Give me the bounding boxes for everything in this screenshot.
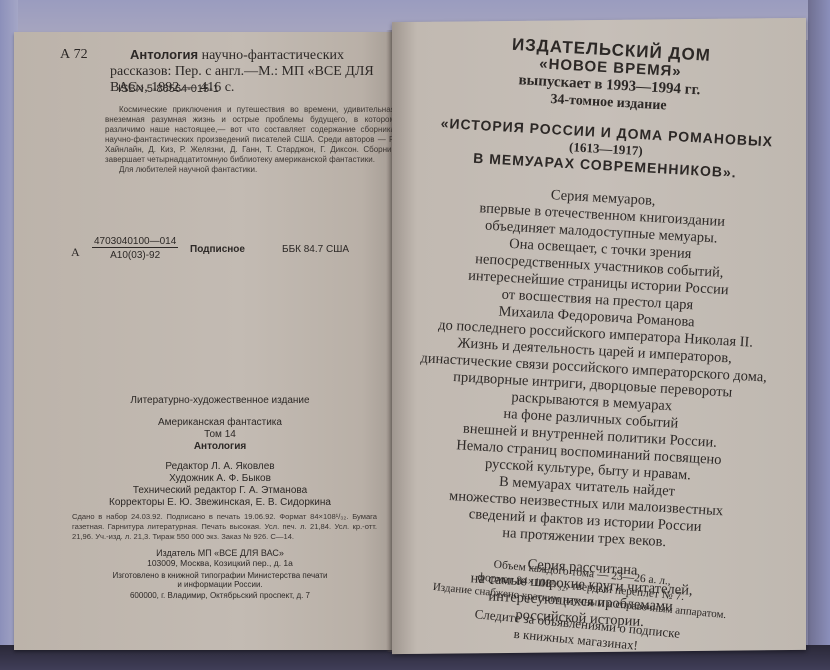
- artist-credit: Художник А. Ф. Быков: [60, 473, 380, 484]
- printer-line-1: Изготовлено в книжной типографии Министе…: [60, 571, 380, 580]
- volume-number: Том 14: [60, 429, 380, 440]
- book-title: Антология: [130, 47, 198, 62]
- printer-address: 600000, г. Владимир, Октябрьский проспек…: [60, 591, 380, 600]
- print-technical-details: Сдано в набор 24.03.92. Подписано в печа…: [72, 512, 377, 542]
- edition-type: Литературно-художественное издание: [60, 395, 380, 406]
- proofreaders-credit: Корректоры Е. Ю. Звежинская, Е. В. Сидор…: [60, 497, 380, 508]
- classification-code: 4703040100—014 А10(03)-92: [92, 236, 178, 261]
- publisher-address: 103009, Москва, Козицкий пер., д. 1а: [60, 558, 380, 568]
- tech-editor-credit: Технический редактор Г. А. Этманова: [60, 485, 380, 496]
- right-page-footer-text: Объем каждого тома — 23—26 а. л., формат…: [369, 2, 830, 670]
- publisher-name: Издатель МП «ВСЕ ДЛЯ ВАС»: [60, 548, 380, 558]
- bbk-code: ББК 84.7 США: [282, 244, 349, 255]
- printer-line-2: и информации России.: [60, 580, 380, 589]
- editor-credit: Редактор Л. А. Яковлев: [60, 461, 380, 472]
- subscription-label: Подписное: [190, 244, 245, 255]
- series-name: Американская фантастика: [60, 417, 380, 428]
- annotation-audience: Для любителей научной фантастики.: [105, 165, 395, 175]
- code-denominator: А10(03)-92: [92, 248, 178, 261]
- code-letter: А: [71, 245, 80, 260]
- isbn: ISBN 5-86564-015-1: [118, 83, 219, 95]
- code-numerator: 4703040100—014: [92, 236, 178, 248]
- annotation-text: Космические приключения и путешествия во…: [105, 105, 395, 165]
- annotation: Космические приключения и путешествия во…: [105, 105, 395, 175]
- library-index: А 72: [60, 47, 88, 63]
- imprint-book-title: Антология: [60, 441, 380, 452]
